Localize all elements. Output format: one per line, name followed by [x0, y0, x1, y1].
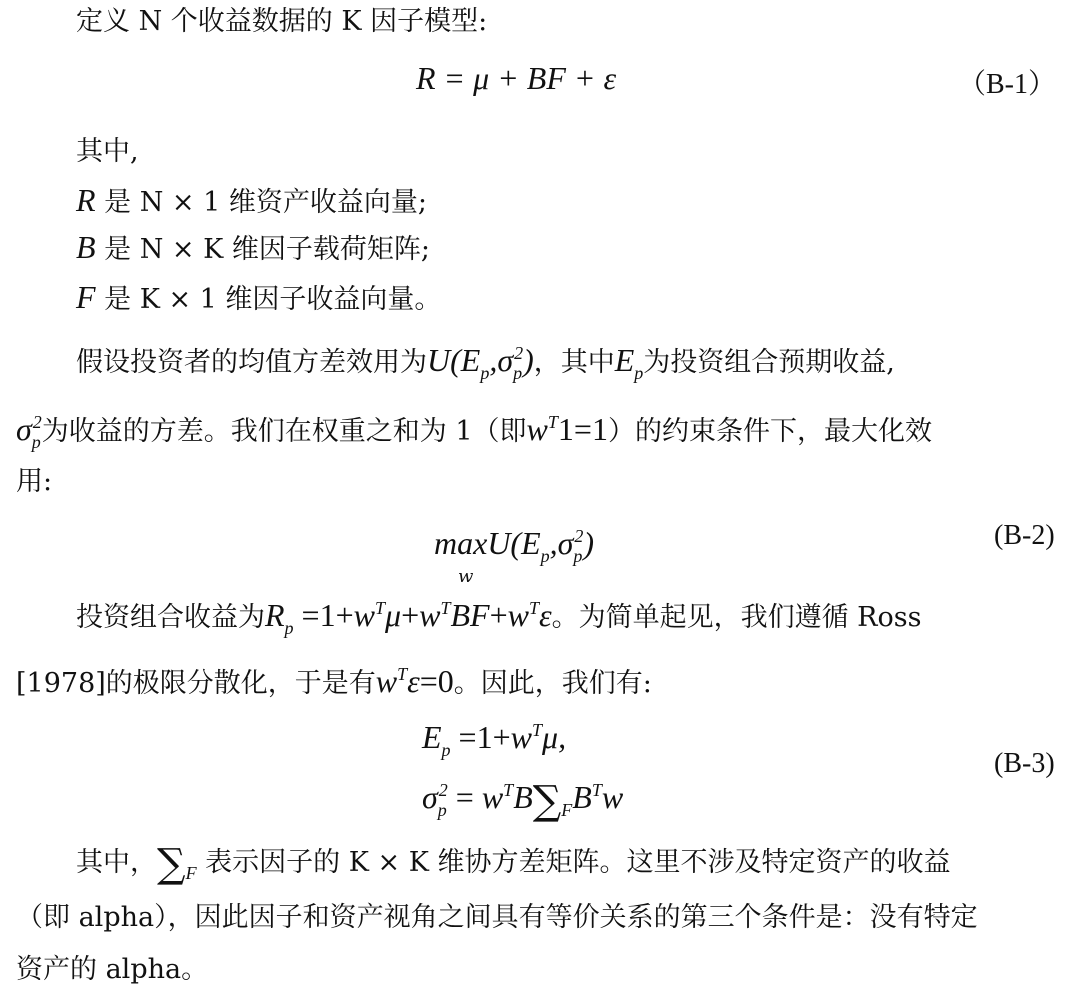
text-span: [1978]的极限分散化，于是有	[16, 668, 376, 699]
definition-f: F 是 K × 1 维因子收益向量。	[76, 279, 441, 318]
math-sigma-f: ∑F	[157, 842, 197, 878]
eq-number-b1: （B-1）	[958, 62, 1056, 102]
math-portfolio-return: Rp =1+wTμ+wTBF+wTε	[265, 597, 552, 633]
eq-number-b3: (B-3)	[994, 748, 1055, 780]
text-span: 为投资组合预期收益,	[643, 347, 895, 378]
math-constraint: wT1=1	[527, 411, 608, 447]
equation-b3-row1: Ep =1+wTμ,	[422, 712, 566, 768]
utility-paragraph-line3: 用:	[16, 464, 52, 500]
eq1-rhs: = μ + BF + ε	[436, 60, 617, 96]
text-span: 。为简单起见，我们遵循 Ross	[552, 602, 922, 633]
intro-text: 定义 N 个收益数据的 K 因子模型:	[76, 4, 487, 40]
definition-r: R 是 N × 1 维资产收益向量;	[76, 182, 427, 221]
max-operator: maxw	[434, 525, 487, 564]
definition-b-text: 是 N × K 维因子载荷矩阵;	[96, 234, 430, 265]
text-span: 假设投资者的均值方差效用为	[76, 347, 427, 378]
math-utility: U(Ep,σp2)	[427, 342, 534, 378]
utility-paragraph-line2: σp2为收益的方差。我们在权重之和为 1（即wT1=1）的约束条件下，最大化效	[16, 404, 932, 460]
equation-b3-row2: σp2 = wTB∑FBTw	[422, 772, 623, 828]
where-label: 其中,	[76, 134, 139, 170]
symbol-b: B	[76, 229, 96, 265]
max-text: max	[434, 525, 487, 561]
covariance-line3: 资产的 alpha。	[16, 952, 208, 988]
eq2-body: U(Ep,σp2)	[487, 525, 594, 561]
covariance-line2: （即 alpha），因此因子和资产视角之间具有等价关系的第三个条件是：没有特定	[16, 900, 978, 936]
portfolio-return-line2: [1978]的极限分散化，于是有wTε=0。因此，我们有:	[16, 656, 652, 702]
equation-b2: maxwU(Ep,σp2)	[434, 518, 594, 574]
math-ep: Ep	[615, 342, 644, 378]
text-span: 其中，	[76, 847, 157, 878]
math-sigma-sq: σp2	[16, 411, 42, 447]
intro-sentence: 定义 N 个收益数据的 K 因子模型:	[76, 6, 487, 37]
text-span: 表示因子的 K × K 维协方差矩阵。这里不涉及特定资产的收益	[205, 847, 950, 878]
definition-f-text: 是 K × 1 维因子收益向量。	[96, 284, 442, 315]
definition-b: B 是 N × K 维因子载荷矩阵;	[76, 229, 430, 268]
covariance-line1: 其中，∑F 表示因子的 K × K 维协方差矩阵。这里不涉及特定资产的收益	[76, 842, 950, 891]
math-expected-return: Ep =1+wTμ,	[422, 719, 566, 755]
symbol-f: F	[76, 279, 96, 315]
math-diversification: wTε=0	[376, 663, 454, 699]
equation-b1: R = μ + BF + ε	[416, 60, 616, 99]
text-span: ，其中	[534, 347, 615, 378]
portfolio-return-line1: 投资组合收益为Rp =1+wTμ+wTBF+wTε。为简单起见，我们遵循 Ros…	[76, 590, 921, 646]
definition-r-text: 是 N × 1 维资产收益向量;	[96, 187, 427, 218]
eq-number-b2: (B-2)	[994, 520, 1055, 552]
text-span: 为收益的方差。我们在权重之和为 1（即	[42, 416, 527, 447]
text-span: 。因此，我们有:	[454, 668, 652, 699]
symbol-r: R	[76, 182, 96, 218]
math-variance: σp2 = wTB∑FBTw	[422, 779, 623, 815]
text-span: ）的约束条件下，最大化效	[608, 416, 932, 447]
eq1-lhs: R	[416, 60, 436, 96]
text-span: 投资组合收益为	[76, 602, 265, 633]
utility-paragraph-line1: 假设投资者的均值方差效用为U(Ep,σp2)，其中Ep为投资组合预期收益,	[76, 335, 895, 391]
